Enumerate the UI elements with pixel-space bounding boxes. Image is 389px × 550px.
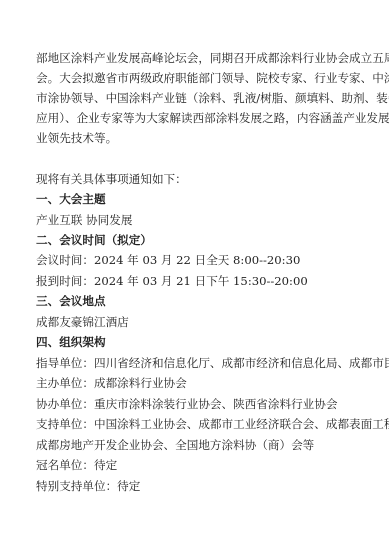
guiding-units: 指导单位：四川省经济和信息化厅、成都市经济和信息化局、成都市民政局 <box>36 356 389 370</box>
registration-time: 报到时间：2024 年 03 月 21 日下午 15:30--20:00 <box>36 274 308 288</box>
intro-line-1: 部地区涂料产业发展高峰论坛会，同期召开成都涂料行业协会成立五周年庆祝大 <box>36 51 389 65</box>
venue-content: 成都友豪锦江酒店 <box>36 315 129 329</box>
section-heading-venue: 三、会议地点 <box>36 294 106 308</box>
meeting-time: 会议时间：2024 年 03 月 22 日全天 8:00--20:30 <box>36 253 300 267</box>
support-units-line-2: 成都房地产开发企业协会、全国地方涂料协（商）会等 <box>36 438 314 452</box>
notice-lead: 现将有关具体事项通知如下： <box>36 172 187 186</box>
special-support: 特别支持单位：待定 <box>36 479 140 493</box>
co-host-units: 协办单位：重庆市涂料涂装行业协会、陕西省涂料行业协会 <box>36 397 337 411</box>
section-heading-theme: 一、大会主题 <box>36 192 106 206</box>
intro-line-5: 业领先技术等。 <box>36 131 117 145</box>
intro-line-3: 市涂协领导、中国涂料产业链（涂料、乳液/树脂、颜填料、助剂、装备、涂装 <box>36 91 389 105</box>
support-units-line-1: 支持单位：中国涂料工业协会、成都市工业经济联合会、成都表面工程行业协会、 <box>36 417 389 431</box>
section-heading-organization: 四、组织架构 <box>36 335 106 349</box>
title-sponsor: 冠名单位：待定 <box>36 458 117 472</box>
intro-line-4: 应用）、企业专家等为大家解读西部涂料发展之路，内容涵盖产业发展政策、行 <box>36 111 389 125</box>
section-heading-time: 二、会议时间（拟定） <box>36 233 152 247</box>
intro-line-2: 会。大会拟邀省市两级政府职能部门领导、院校专家、行业专家、中涂协及外省 <box>36 71 389 85</box>
theme-content: 产业互联 协同发展 <box>36 213 132 227</box>
host-unit: 主办单位：成都涂料行业协会 <box>36 376 187 390</box>
